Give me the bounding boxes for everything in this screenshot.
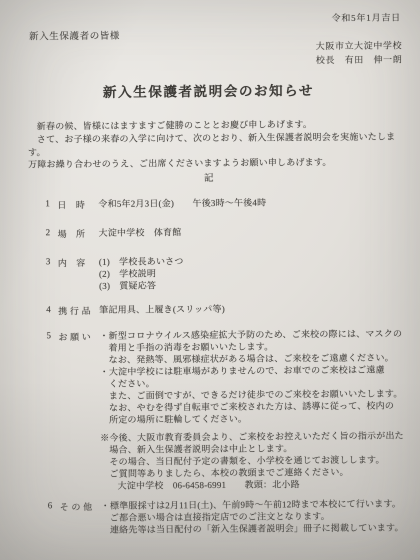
item-content: 大淀中学校 体育館 [99,224,414,238]
notice-item: 2 場 所 大淀中学校 体育館 [46,224,414,240]
notice-item: 5 お 願 い ・新型コロナウイルス感染症拡大予防のため、ご来校の際には、マスク… [46,327,415,492]
school-name: 大阪市立大淀中学校 [316,39,403,53]
item-content: 令和5年2月3日(金) 午後3時〜午後4時 [98,195,413,209]
sender-block: 大阪市立大淀中学校 校長 有田 伸一朗 [316,39,403,67]
document-title: 新入生保護者説明会のお知らせ [0,78,419,101]
notice-item: 3 内 容 (1) 学校長あいさつ(2) 学校説明(3) 質疑応答 [46,253,414,292]
item-number: 1 [45,198,57,208]
principal-name: 校長 有田 伸一朗 [316,53,403,67]
notice-item: 1 日 時 令和5年2月3日(金) 午後3時〜午後4時 [45,195,413,211]
content-line: 大淀中学校 06-6458-6991 教頭：北小路 [101,477,416,491]
content-line: 筆記用具、上履き(スリッパ等) [99,301,414,315]
item-content: ・新型コロナウイルス感染症拡大予防のため、ご来校の際には、マスクの着用と手指の消… [99,327,415,491]
document-photo: 令和5年1月吉日 新入生保護者の皆様 大阪市立大淀中学校 校長 有田 伸一朗 新… [0,0,420,560]
item-label: 場 所 [58,227,92,240]
content-line: ・大淀中学校には駐車場がありませんので、お車でのご来校はご遠慮 [100,363,415,377]
greeting-line: さて、お子様の来春の入学に向けて、次のとおり、新入生保護者説明会を実施いたします… [28,130,407,159]
item-number: 5 [46,330,58,340]
content-line: 連絡先等は当日配付の「新入生保護者説明会」冊子に掲載しています。 [101,521,416,535]
item-number: 6 [48,500,60,510]
content-line: 令和5年2月3日(金) 午後3時〜午後4時 [98,195,413,209]
content-line: 大淀中学校 体育館 [99,224,414,238]
content-line: (3) 質疑応答 [99,277,414,291]
item-label: 内 容 [58,256,92,269]
notice-items: 1 日 時 令和5年2月3日(金) 午後3時〜午後4時 2 場 所 大淀中学校 … [45,195,416,552]
document-date: 令和5年1月吉日 [331,10,401,24]
item-content: (1) 学校長あいさつ(2) 学校説明(3) 質疑応答 [99,253,414,291]
notice-item: 6 そ の 他 ・標準服採寸は2月11日(土)、午前9時〜午前12時まで本校にて… [48,497,416,536]
item-label: 携 行 品 [58,304,92,317]
item-number: 4 [46,304,58,314]
item-number: 2 [46,227,58,237]
notice-sheet: 令和5年1月吉日 新入生保護者の皆様 大阪市立大淀中学校 校長 有田 伸一朗 新… [0,0,420,560]
item-label: 日 時 [57,198,91,211]
item-number: 3 [46,256,58,266]
content-line: 所定の場所に駐輪してください。 [100,411,415,425]
addressee-line: 新入生保護者の皆様 [29,28,120,43]
greeting-paragraph: 新春の候、皆様にはますますご健勝のこととお慶び申しあげます。 さて、お子様の来春… [28,117,407,171]
item-label: そ の 他 [60,500,94,513]
item-label: お 願 い [58,330,92,343]
notice-item: 4 携 行 品 筆記用具、上履き(スリッパ等) [46,301,414,317]
record-mark: 記 [0,168,419,185]
content-line: なお、やむを得ず自転車でご来校された方は、誘導に従って、校内の [100,399,415,413]
item-content: ・標準服採寸は2月11日(土)、午前9時〜午前12時まで本校にて行います。ご都合… [101,497,416,535]
item-content: 筆記用具、上履き(スリッパ等) [99,301,414,315]
